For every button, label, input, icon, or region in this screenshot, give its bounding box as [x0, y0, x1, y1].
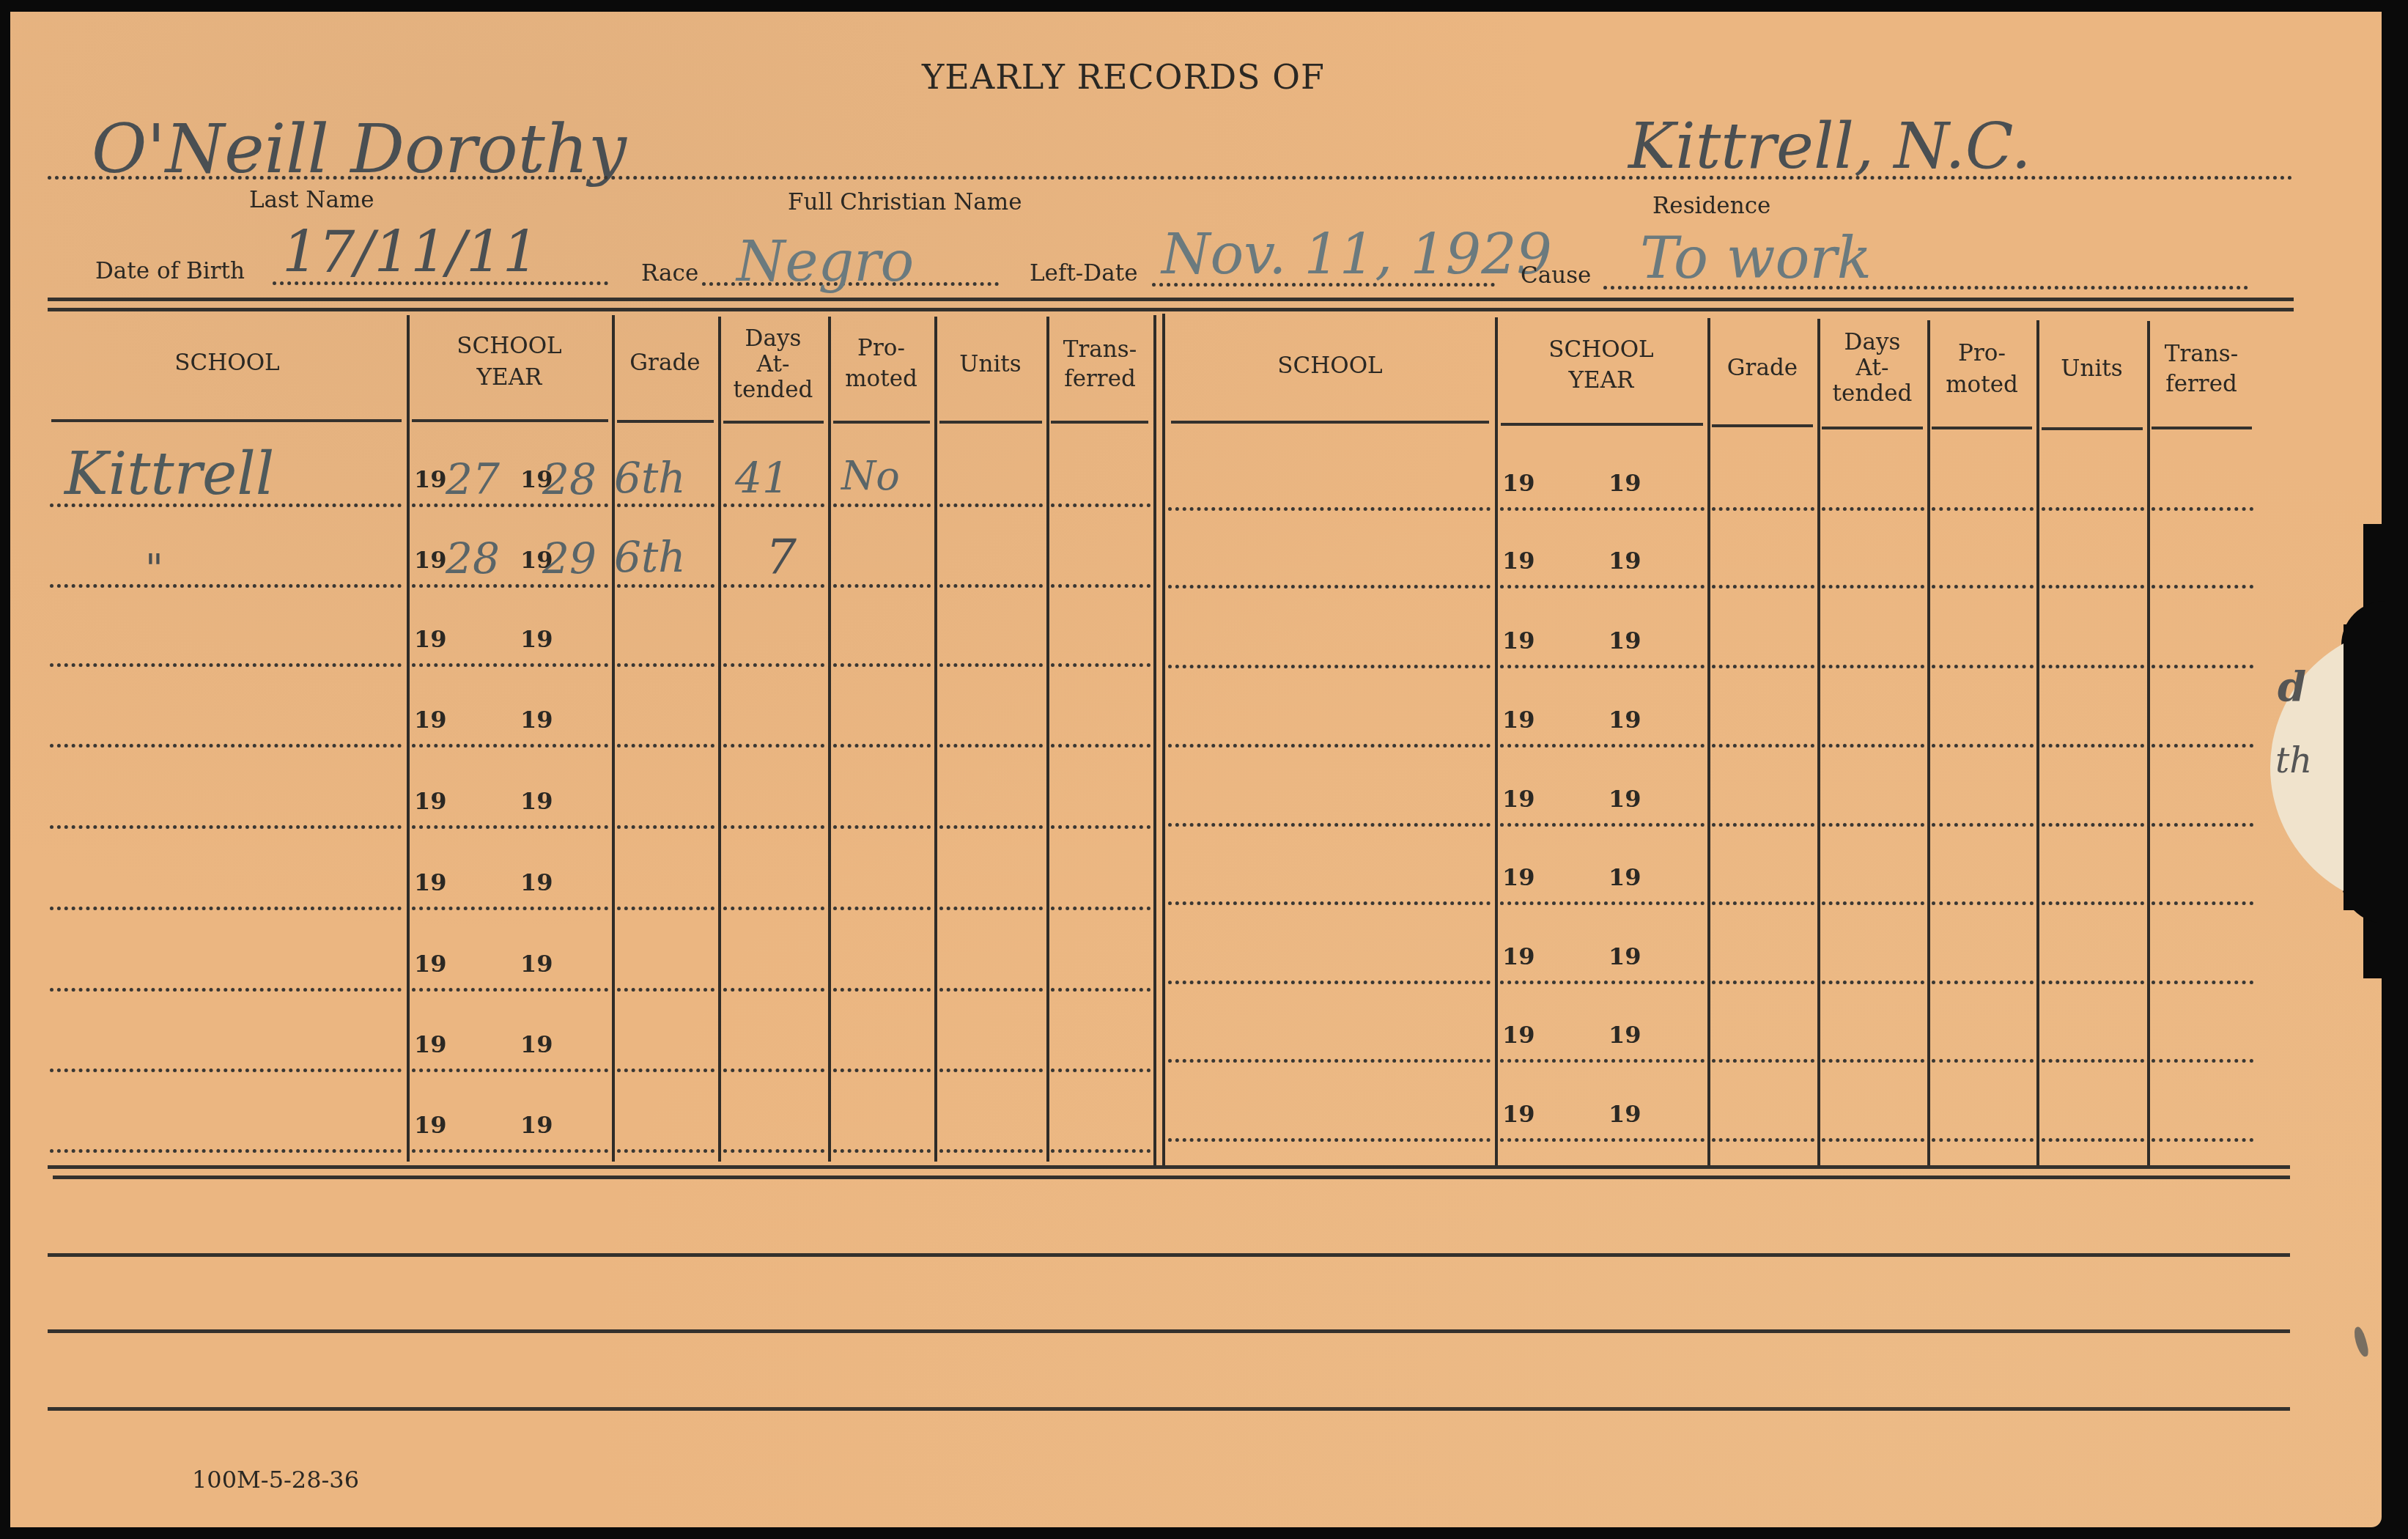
left-row-2-line	[617, 584, 714, 588]
right-row-1-line	[1822, 507, 1924, 511]
right-row-5-line	[1712, 823, 1814, 827]
left-date-value: Nov. 11, 1929	[1161, 221, 1552, 287]
right-row-8-line	[2152, 1059, 2253, 1063]
right-row-3-line	[1822, 665, 1924, 668]
left-row-2-year-to: 29	[542, 534, 597, 583]
right-row-8-line	[2042, 1059, 2144, 1063]
right-row-3-line	[2042, 665, 2144, 668]
left-row-5-year-to-prefix: 19	[520, 787, 553, 815]
left-row-6-line	[939, 907, 1043, 910]
left-row-5-year-from-prefix: 19	[414, 787, 447, 815]
table-bottom-rule-1	[48, 1165, 2290, 1169]
left-row-4-year-from-prefix: 19	[414, 706, 447, 734]
right-row-6-line	[2042, 901, 2144, 905]
right-row-8-line	[1500, 1059, 1705, 1063]
left-row-3-line	[1051, 663, 1151, 667]
right-row-8-line	[1932, 1059, 2034, 1063]
left-row-8-line	[617, 1069, 714, 1072]
right-row-7-line	[1712, 981, 1814, 984]
right-row-8-line	[1822, 1059, 1924, 1063]
right-row-2-line	[1500, 585, 1705, 588]
left-row-1-line	[1051, 503, 1151, 507]
left-row-7-line	[723, 988, 824, 992]
form-number: 100M-5-28-36	[192, 1466, 359, 1494]
right-row-1-line	[1500, 507, 1705, 511]
left-row-1-grade: 6th	[614, 453, 686, 503]
left-row-6-line	[723, 907, 824, 910]
right-row-8-year-from-prefix: 19	[1502, 1021, 1535, 1049]
right-row-9-line	[2152, 1138, 2253, 1142]
left-row-5-line	[723, 825, 824, 829]
left-row-1-year-from: 27	[446, 454, 500, 504]
col-units: Units	[934, 352, 1046, 377]
left-row-4-line	[939, 744, 1043, 748]
right-row-3-line	[1168, 665, 1491, 668]
right-row-9-line	[1712, 1138, 1814, 1142]
left-row-8-line	[412, 1069, 608, 1072]
notes-line-2	[48, 1329, 2290, 1333]
left-row-9-year-to-prefix: 19	[520, 1111, 553, 1139]
left-row-9-line	[723, 1149, 824, 1153]
left-row-2-school-ditto: "	[145, 546, 163, 592]
col-days-1: Days	[718, 326, 828, 351]
left-row-6-line	[50, 907, 402, 910]
left-row-1-year-to: 28	[542, 454, 597, 504]
col-transferred-right-1: Trans-	[2147, 342, 2256, 366]
left-row-7-line	[412, 988, 608, 992]
left-row-8-year-to-prefix: 19	[520, 1030, 553, 1058]
right-row-3-line	[1500, 665, 1705, 668]
last-name-label: Last Name	[249, 187, 374, 213]
right-row-8-year-to-prefix: 19	[1609, 1021, 1641, 1049]
col-promoted-1: Pro-	[828, 336, 934, 361]
col-promoted-right-1: Pro-	[1927, 341, 2036, 366]
left-row-2-line	[412, 584, 608, 588]
col-transferred-2: ferred	[1046, 366, 1153, 391]
residence-value: Kittrell, N.C.	[1628, 110, 2031, 183]
table-top-rule-2	[48, 308, 2294, 311]
right-row-2-line	[1822, 585, 1924, 588]
left-row-1-school: Kittrell	[64, 440, 274, 508]
left-row-7-line	[50, 988, 402, 992]
right-row-2-line	[1168, 585, 1491, 588]
left-row-9-year-from-prefix: 19	[414, 1111, 447, 1139]
right-row-3-year-to-prefix: 19	[1609, 627, 1641, 654]
left-row-7-line	[939, 988, 1043, 992]
name-line	[48, 176, 2294, 180]
right-row-5-line	[1822, 823, 1924, 827]
left-row-3-line	[617, 663, 714, 667]
right-row-4-year-from-prefix: 19	[1502, 706, 1535, 734]
left-row-4-line	[723, 744, 824, 748]
right-row-4-line	[1168, 744, 1491, 748]
left-row-8-line	[1051, 1069, 1151, 1072]
left-row-1-days: 41	[735, 453, 789, 503]
dob-label: Date of Birth	[95, 258, 245, 284]
left-row-1-year-from-prefix: 19	[414, 465, 447, 493]
left-row-1-line	[833, 503, 931, 507]
right-row-5-line	[1168, 823, 1491, 827]
left-row-7-line	[617, 988, 714, 992]
left-row-2-days: 7	[766, 529, 797, 586]
left-row-8-line	[833, 1069, 931, 1072]
right-row-2-line	[2042, 585, 2144, 588]
right-row-5-line	[2152, 823, 2253, 827]
right-row-6-line	[2152, 901, 2253, 905]
race-value: Negro	[736, 229, 914, 294]
left-row-3-line	[723, 663, 824, 667]
left-row-1-line	[617, 503, 714, 507]
col-grade: Grade	[612, 350, 718, 375]
left-row-3-line	[50, 663, 402, 667]
right-row-4-line	[1712, 744, 1814, 748]
left-row-5-line	[833, 825, 931, 829]
right-row-4-line	[1822, 744, 1924, 748]
left-row-6-line	[412, 907, 608, 910]
right-row-5-line	[2042, 823, 2144, 827]
left-row-7-line	[1051, 988, 1151, 992]
right-row-9-year-from-prefix: 19	[1502, 1100, 1535, 1128]
right-row-7-line	[2042, 981, 2144, 984]
left-row-2-line	[1051, 584, 1151, 588]
left-row-8-year-from-prefix: 19	[414, 1030, 447, 1058]
left-row-2-line	[939, 584, 1043, 588]
left-row-5-line	[939, 825, 1043, 829]
left-row-6-line	[833, 907, 931, 910]
left-row-8-line	[939, 1069, 1043, 1072]
col-days-right-1: Days	[1817, 330, 1927, 355]
left-row-5-line	[412, 825, 608, 829]
left-row-2-line	[833, 584, 931, 588]
right-row-1-line	[1712, 507, 1814, 511]
col-transferred-1: Trans-	[1046, 337, 1153, 362]
right-row-7-line	[1168, 981, 1491, 984]
right-row-8-line	[1712, 1059, 1814, 1063]
left-row-3-line	[939, 663, 1043, 667]
right-row-7-line	[2152, 981, 2253, 984]
right-row-1-line	[2042, 507, 2144, 511]
table-top-rule-1	[48, 298, 2294, 301]
right-row-3-line	[2152, 665, 2253, 668]
right-row-6-line	[1712, 901, 1814, 905]
right-row-4-year-to-prefix: 19	[1609, 706, 1641, 734]
right-row-9-year-to-prefix: 19	[1609, 1100, 1641, 1128]
left-row-5-line	[1051, 825, 1151, 829]
right-row-6-line	[1822, 901, 1924, 905]
right-row-3-line	[1932, 665, 2034, 668]
left-row-7-line	[833, 988, 931, 992]
right-row-9-line	[1500, 1138, 1705, 1142]
right-row-9-line	[1822, 1138, 1924, 1142]
right-row-4-line	[2042, 744, 2144, 748]
right-row-1-line	[1932, 507, 2034, 511]
right-row-1-line	[1168, 507, 1491, 511]
left-row-9-line	[50, 1149, 402, 1153]
right-row-5-year-from-prefix: 19	[1502, 785, 1535, 813]
right-row-5-year-to-prefix: 19	[1609, 785, 1641, 813]
left-row-3-year-from-prefix: 19	[414, 625, 447, 653]
right-row-6-year-from-prefix: 19	[1502, 863, 1535, 891]
right-row-5-line	[1932, 823, 2034, 827]
left-row-9-line	[412, 1149, 608, 1153]
left-row-8-line	[50, 1069, 402, 1072]
right-row-2-year-to-prefix: 19	[1609, 547, 1641, 575]
right-row-7-line	[1932, 981, 2034, 984]
left-row-2-grade: 6th	[614, 532, 686, 582]
left-row-4-line	[412, 744, 608, 748]
notes-line-1	[48, 1253, 2290, 1257]
col-units-right: Units	[2036, 356, 2147, 381]
right-row-3-line	[1712, 665, 1814, 668]
left-row-4-line	[1051, 744, 1151, 748]
right-row-3-year-from-prefix: 19	[1502, 627, 1535, 654]
col-school-year-1: SCHOOL	[407, 333, 612, 358]
left-row-9-line	[617, 1149, 714, 1153]
right-row-8-line	[1168, 1059, 1491, 1063]
left-row-2-line	[50, 584, 402, 588]
race-label: Race	[641, 260, 698, 287]
right-row-6-line	[1932, 901, 2034, 905]
col-promoted-2: moted	[828, 366, 934, 391]
right-row-9-line	[1168, 1138, 1491, 1142]
left-row-7-year-to-prefix: 19	[520, 950, 553, 978]
left-row-6-line	[1051, 907, 1151, 910]
col-transferred-right-2: ferred	[2147, 372, 2256, 396]
left-row-1-line	[939, 503, 1043, 507]
right-row-4-line	[2152, 744, 2253, 748]
left-row-3-line	[833, 663, 931, 667]
left-row-6-year-from-prefix: 19	[414, 868, 447, 896]
col-grade-right: Grade	[1707, 355, 1817, 380]
notes-line-3	[48, 1407, 2290, 1411]
right-row-2-line	[2152, 585, 2253, 588]
left-date-label: Left-Date	[1030, 260, 1137, 287]
left-row-5-line	[617, 825, 714, 829]
left-row-5-line	[50, 825, 402, 829]
left-row-1-promoted: No	[841, 453, 900, 499]
left-row-4-line	[50, 744, 402, 748]
right-row-1-line	[2152, 507, 2253, 511]
right-row-6-line	[1168, 901, 1491, 905]
left-row-1-line	[723, 503, 824, 507]
left-row-2-year-from: 28	[446, 534, 500, 583]
right-row-7-year-from-prefix: 19	[1502, 942, 1535, 970]
right-row-1-year-to-prefix: 19	[1609, 469, 1641, 497]
right-row-7-line	[1822, 981, 1924, 984]
table-bottom-rule-2	[53, 1176, 2290, 1179]
left-row-6-year-to-prefix: 19	[520, 868, 553, 896]
col-school-right: SCHOOL	[1165, 353, 1495, 378]
col-days-2: At-	[718, 352, 828, 377]
right-row-2-year-from-prefix: 19	[1502, 547, 1535, 575]
residence-label: Residence	[1652, 193, 1770, 219]
left-row-8-line	[723, 1069, 824, 1072]
right-row-4-line	[1500, 744, 1705, 748]
right-row-5-line	[1500, 823, 1705, 827]
cause-value: To work	[1640, 226, 1872, 292]
col-promoted-right-2: moted	[1927, 372, 2036, 397]
col-school-year-2: YEAR	[407, 365, 612, 390]
col-school-year-right-2: YEAR	[1495, 368, 1707, 393]
underlying-tab-text-2: th	[2275, 740, 2312, 781]
left-row-4-year-to-prefix: 19	[520, 706, 553, 734]
left-row-9-line	[939, 1149, 1043, 1153]
cause-label: Cause	[1521, 262, 1591, 289]
col-school-year-right-1: SCHOOL	[1495, 337, 1707, 362]
left-row-9-line	[1051, 1149, 1151, 1153]
right-row-6-year-to-prefix: 19	[1609, 863, 1641, 891]
right-row-6-line	[1500, 901, 1705, 905]
left-row-3-year-to-prefix: 19	[520, 625, 553, 653]
col-days-right-2: At-	[1817, 355, 1927, 380]
christian-name-label: Full Christian Name	[788, 189, 1022, 215]
underlying-tab-text-1: d	[2278, 663, 2306, 712]
right-row-9-line	[2042, 1138, 2144, 1142]
left-row-7-year-from-prefix: 19	[414, 950, 447, 978]
right-row-4-line	[1932, 744, 2034, 748]
left-row-3-line	[412, 663, 608, 667]
left-row-4-line	[617, 744, 714, 748]
col-days-3: tended	[718, 377, 828, 402]
right-row-7-year-to-prefix: 19	[1609, 942, 1641, 970]
left-row-6-line	[617, 907, 714, 910]
dob-value: 17/11/11	[282, 220, 539, 286]
left-row-9-line	[833, 1149, 931, 1153]
right-row-2-line	[1712, 585, 1814, 588]
left-row-2-year-from-prefix: 19	[414, 546, 447, 574]
right-row-9-line	[1932, 1138, 2034, 1142]
right-row-2-line	[1932, 585, 2034, 588]
col-school: SCHOOL	[48, 350, 407, 375]
card-title: YEARLY RECORDS OF	[922, 57, 1325, 97]
right-row-7-line	[1500, 981, 1705, 984]
left-row-4-line	[833, 744, 931, 748]
right-row-1-year-from-prefix: 19	[1502, 469, 1535, 497]
col-days-right-3: tended	[1817, 381, 1927, 406]
